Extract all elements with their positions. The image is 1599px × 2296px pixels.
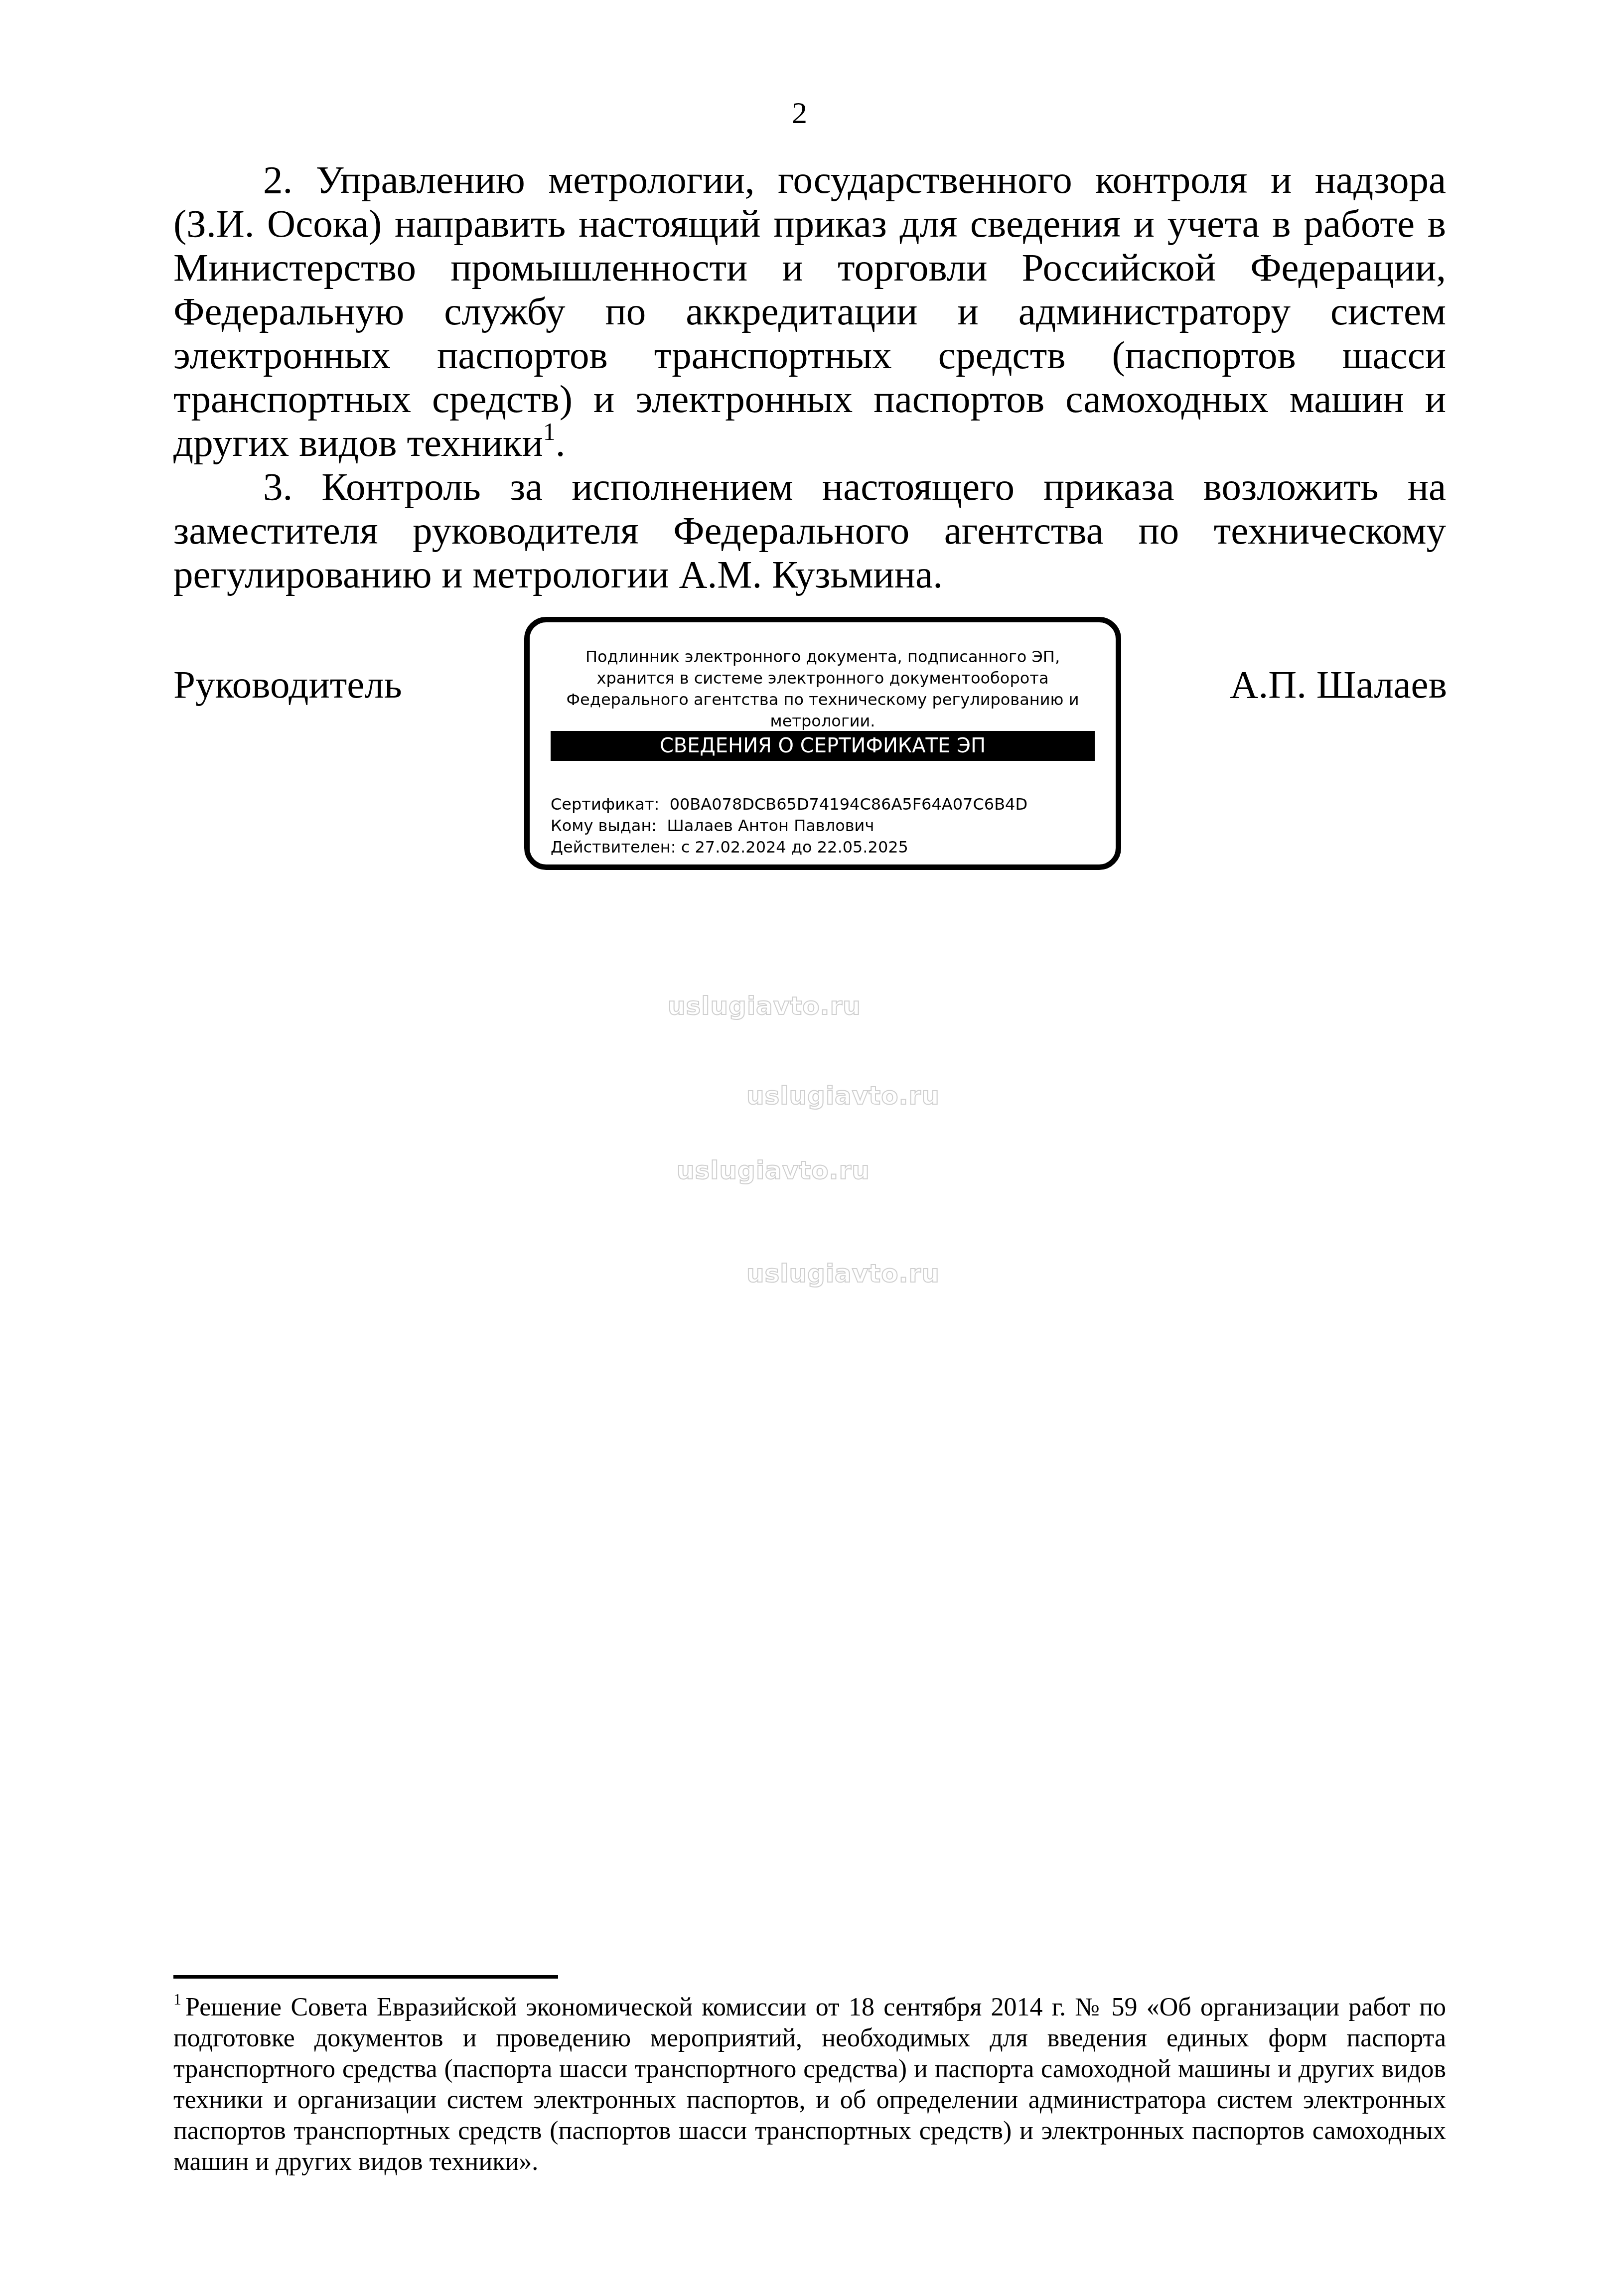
stamp-header: Подлинник электронного документа, подпис…: [550, 646, 1096, 732]
issued-to-value: Шалаев Антон Павлович: [667, 816, 874, 835]
issued-to-row: Кому выдан: Шалаев Антон Павлович: [551, 815, 1027, 837]
validity-label: Действителен:: [551, 838, 676, 857]
electronic-signature-stamp: Подлинник электронного документа, подпис…: [524, 617, 1121, 870]
footnote: 1Решение Совета Евразийской экономическо…: [173, 1992, 1446, 2177]
paragraph-2-text: 2. Управлению метрологии, государственно…: [173, 158, 1446, 465]
watermark: uslugiavto.ru: [677, 1156, 870, 1185]
signatory-name: А.П. Шалаев: [1230, 663, 1447, 708]
footnote-marker: 1: [173, 1990, 181, 2008]
stamp-header-line: метрологии.: [550, 711, 1096, 732]
stamp-banner: СВЕДЕНИЯ О СЕРТИФИКАТЕ ЭП: [551, 731, 1095, 761]
footnote-separator: [173, 1975, 558, 1979]
watermark: uslugiavto.ru: [746, 1081, 940, 1110]
issued-to-label: Кому выдан:: [551, 816, 657, 835]
paragraph-2: 2. Управлению метрологии, государственно…: [173, 158, 1446, 465]
document-body: 2. Управлению метрологии, государственно…: [173, 158, 1446, 597]
certificate-label: Сертификат:: [551, 795, 659, 814]
signatory-position: Руководитель: [173, 663, 402, 708]
paragraph-3: 3. Контроль за исполнением настоящего пр…: [173, 465, 1446, 597]
page-number: 2: [0, 96, 1599, 131]
footnote-text: Решение Совета Евразийской экономической…: [173, 1993, 1446, 2176]
stamp-header-line: Федерального агентства по техническому р…: [550, 689, 1096, 711]
footnote-reference[interactable]: 1: [543, 418, 556, 445]
stamp-header-line: Подлинник электронного документа, подпис…: [550, 646, 1096, 668]
paragraph-2-tail: .: [556, 422, 566, 465]
certificate-row: Сертификат: 00BA078DCB65D74194C86A5F64A0…: [551, 794, 1027, 815]
watermark: uslugiavto.ru: [746, 1259, 940, 1288]
validity-value: с 27.02.2024 до 22.05.2025: [681, 838, 908, 857]
certificate-details: Сертификат: 00BA078DCB65D74194C86A5F64A0…: [551, 794, 1027, 858]
watermark: uslugiavto.ru: [668, 992, 861, 1020]
validity-row: Действителен: с 27.02.2024 до 22.05.2025: [551, 837, 1027, 858]
stamp-header-line: хранится в системе электронного документ…: [550, 668, 1096, 689]
certificate-value: 00BA078DCB65D74194C86A5F64A07C6B4D: [670, 795, 1027, 814]
